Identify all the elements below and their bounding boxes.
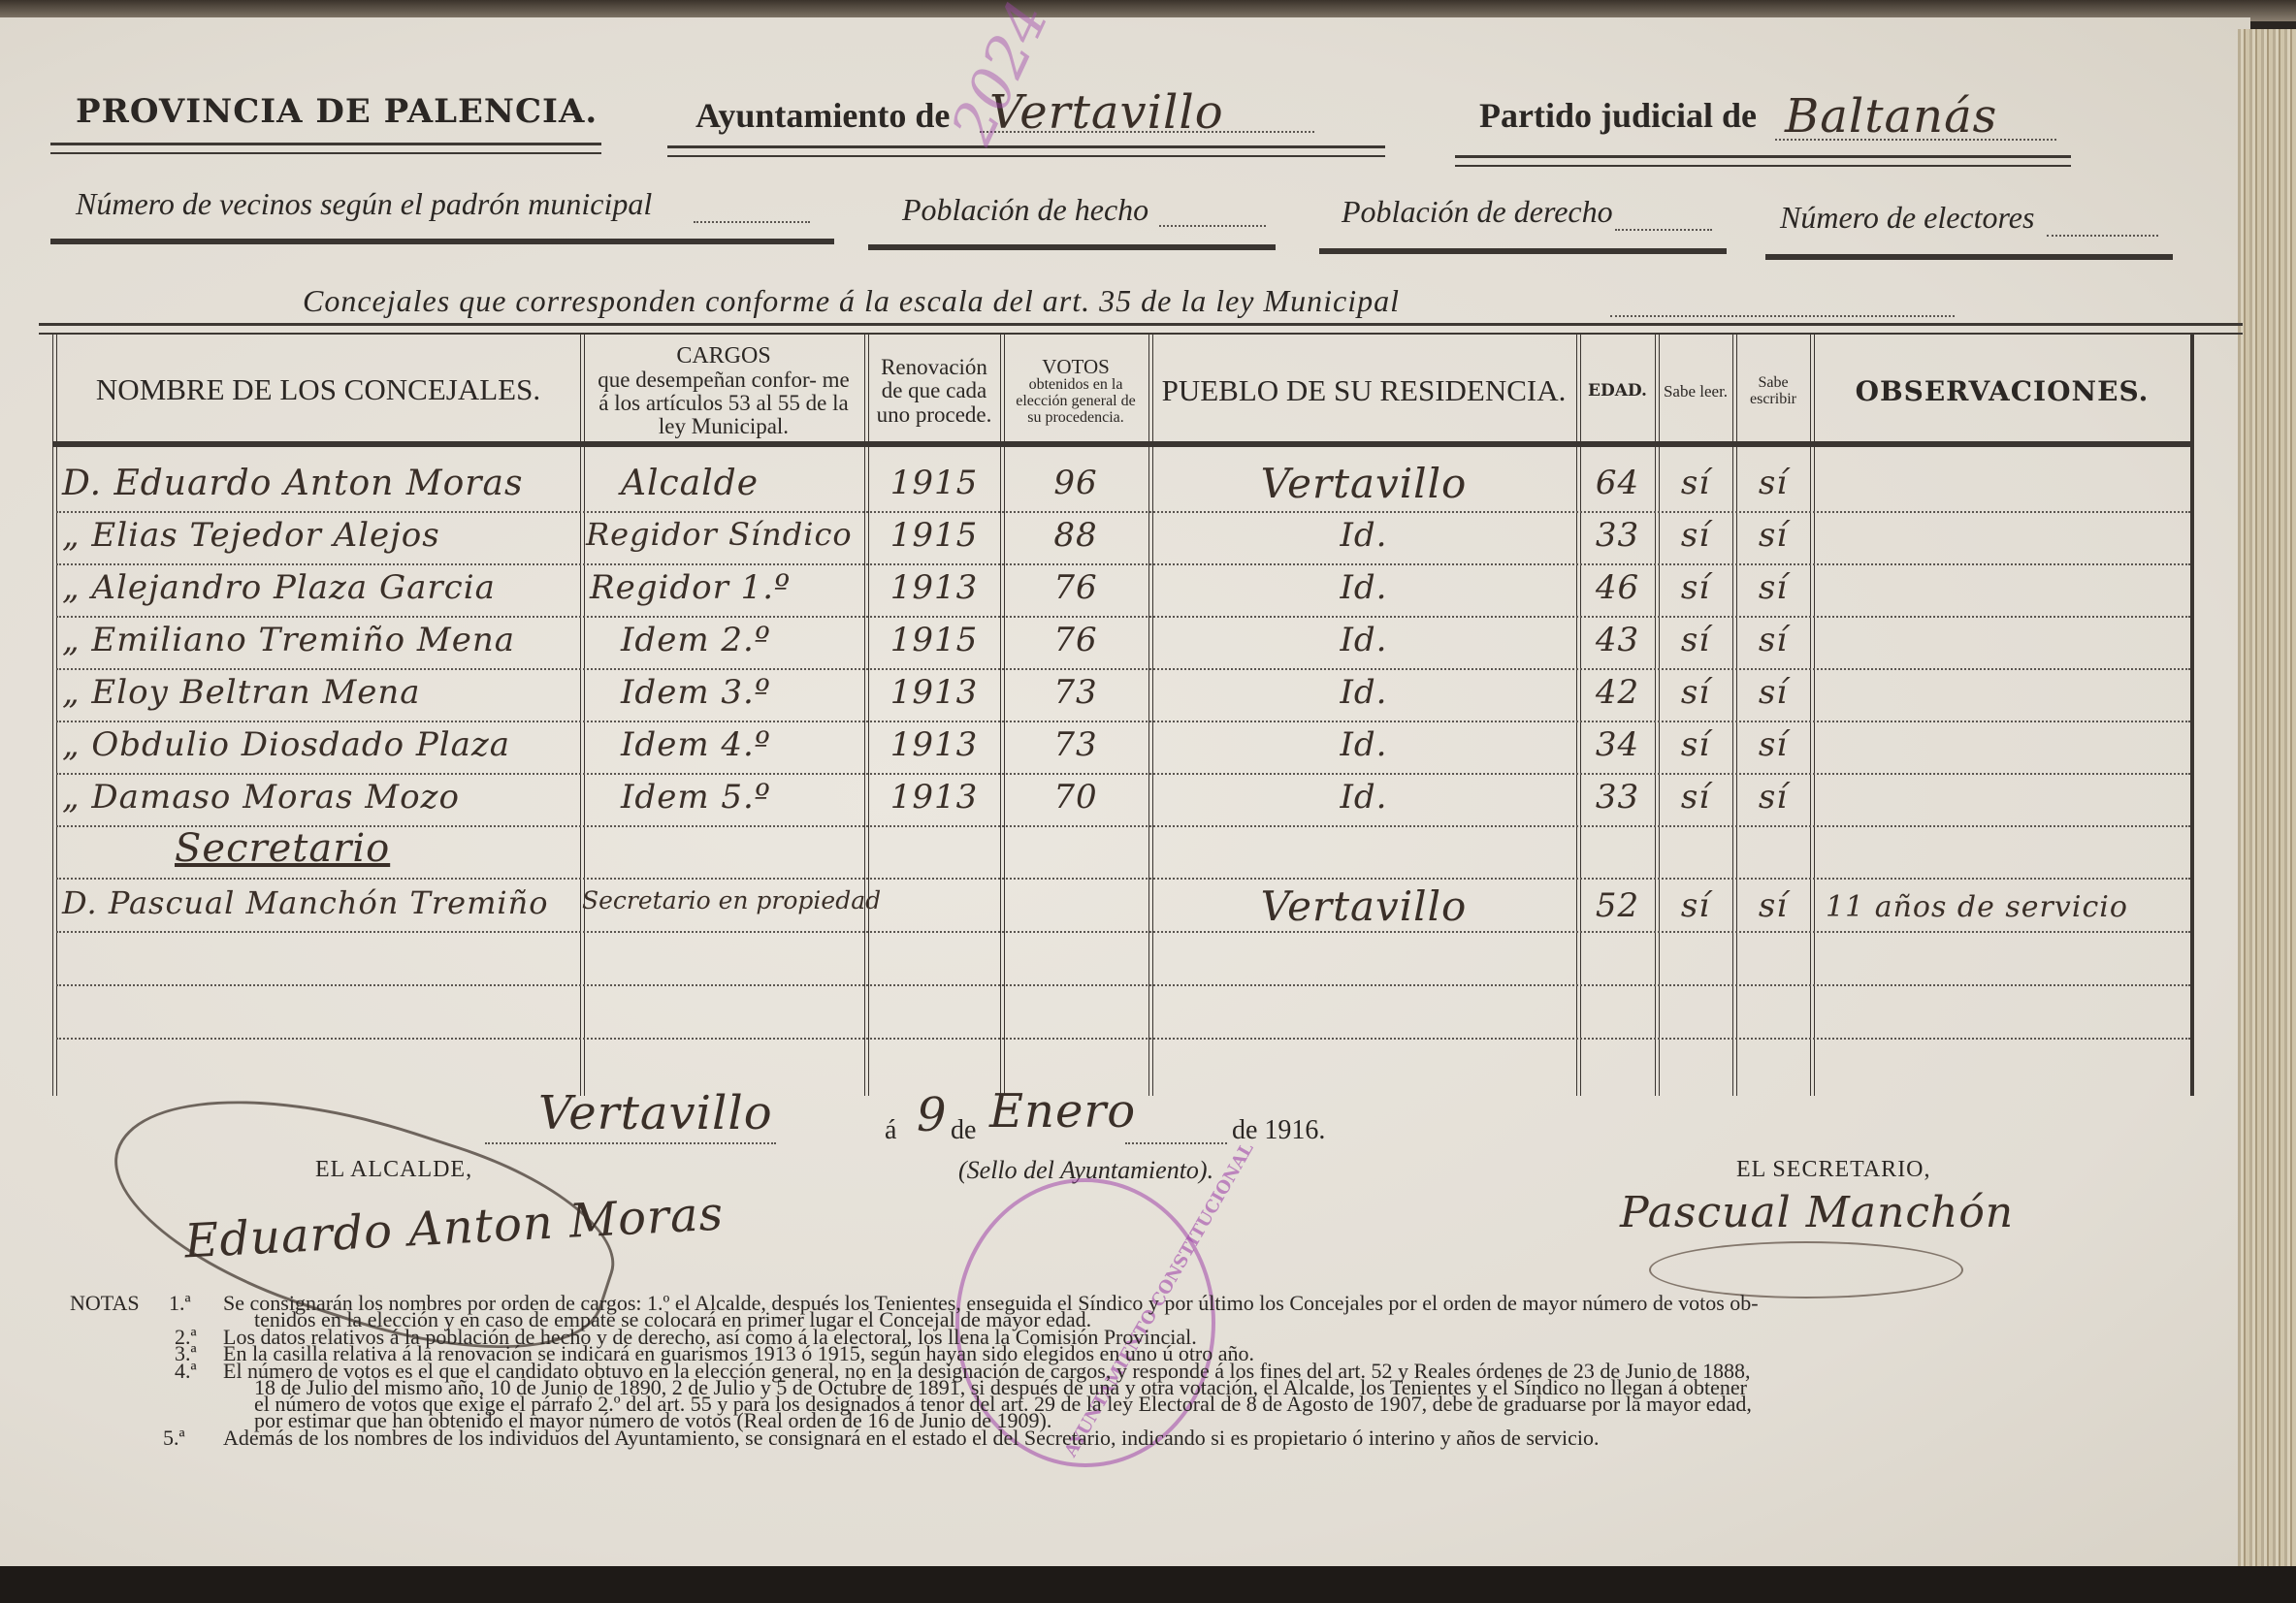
date-de: de [951, 1115, 976, 1146]
row-leer: sí [1659, 778, 1732, 817]
ayuntamiento-rule [667, 145, 1385, 157]
concejales-field-line [1610, 315, 1955, 317]
province-rule [50, 143, 601, 154]
row-renovacion: 1913 [868, 778, 1000, 817]
row-edad: 34 [1580, 725, 1655, 764]
row-nombre: „ Eloy Beltran Mena [62, 673, 421, 712]
vecinos-label: Número de vecinos según el padrón munici… [76, 186, 652, 222]
row-nombre: „ Emiliano Tremiño Mena [62, 621, 515, 659]
secretario-signature: Pascual Manchón [1620, 1188, 2014, 1237]
partido-rule [1455, 155, 2071, 167]
row-nombre: „ Damaso Moras Mozo [62, 778, 460, 817]
row-escribir: sí [1736, 464, 1810, 502]
date-place: Vertavillo [538, 1086, 773, 1140]
row-nombre: „ Elias Tejedor Alejos [62, 516, 440, 555]
row-pueblo: Id. [1152, 778, 1575, 817]
secretario-label: EL SECRETARIO, [1736, 1157, 1931, 1183]
row-nombre: D. Pascual Manchón Tremiño [62, 884, 549, 921]
row-renovacion: 1913 [868, 725, 1000, 764]
province-title: PROVINCIA DE PALENCIA. [76, 92, 598, 131]
col-header-votos-sub: obtenidos en la elección general de su p… [1008, 377, 1144, 426]
background-bottom [0, 1566, 2296, 1603]
row-cargo: Idem 3.º [621, 673, 771, 712]
row-leer: sí [1659, 568, 1732, 607]
col-header-votos: VOTOS obtenidos en la elección general d… [1004, 341, 1148, 441]
row-edad: 64 [1580, 464, 1655, 502]
row-rule [56, 563, 2190, 565]
col-header-renovacion: Renovación de que cada uno procede. [868, 341, 1000, 441]
col-header-escribir: Sabe escribir [1736, 341, 1810, 441]
row-cargo: Idem 2.º [621, 621, 771, 659]
row-escribir: sí [1736, 673, 1810, 712]
row-cargo: Secretario en propiedad [582, 886, 881, 914]
row-escribir: sí [1736, 886, 1810, 925]
row-votos: 96 [1004, 464, 1148, 502]
row-nombre: „ Obdulio Diosdado Plaza [62, 725, 510, 764]
table-right-border [2190, 335, 2194, 1096]
partido-value: Baltanás [1785, 89, 1997, 144]
date-day: 9 [917, 1088, 948, 1142]
col-divider-3 [1000, 335, 1005, 1096]
col-header-pueblo: PUEBLO DE SU RESIDENCIA. [1152, 341, 1575, 441]
partido-label: Partido judicial de [1479, 95, 1757, 136]
poblacion-derecho-field-line [1615, 229, 1712, 231]
col-header-votos-title: VOTOS [1042, 356, 1110, 377]
row-rule [56, 878, 2190, 880]
note-5-num: 5.ª [163, 1426, 185, 1451]
date-a: á [885, 1115, 896, 1146]
row-renovacion: 1913 [868, 568, 1000, 607]
vecinos-field-line [694, 221, 810, 223]
col-header-cargos-sub: que desempeñan confor- me á los artículo… [593, 369, 855, 438]
row-obs: 11 años de servicio [1826, 890, 2128, 924]
note-4-num: 4.ª [175, 1359, 197, 1384]
row-pueblo: Vertavillo [1152, 882, 1575, 930]
col-header-nombre: NOMBRE DE LOS CONCEJALES. [56, 339, 580, 441]
row-leer: sí [1659, 886, 1732, 925]
row-rule [56, 931, 2190, 933]
row-edad: 43 [1580, 621, 1655, 659]
row-escribir: sí [1736, 568, 1810, 607]
notes-label: NOTAS [70, 1291, 140, 1316]
row-leer: sí [1659, 673, 1732, 712]
row-rule [56, 721, 2190, 722]
poblacion-derecho-rule [1319, 248, 1727, 254]
row-leer: sí [1659, 621, 1732, 659]
poblacion-hecho-label: Población de hecho [902, 192, 1148, 228]
row-rule [56, 616, 2190, 618]
electores-field-line [2047, 235, 2158, 237]
date-month: Enero [989, 1084, 1136, 1138]
col-header-edad: EDAD. [1580, 341, 1655, 441]
row-leer: sí [1659, 725, 1732, 764]
note-1-num: 1.ª [169, 1291, 191, 1316]
date-year: de 1916. [1232, 1115, 1325, 1146]
row-cargo: Regidor Síndico [586, 516, 853, 553]
col-divider-5 [1576, 335, 1581, 1096]
row-rule [56, 1038, 2190, 1040]
row-cargo: Idem 5.º [621, 778, 771, 817]
col-divider-7 [1732, 335, 1737, 1096]
row-cargo: Idem 4.º [621, 725, 771, 764]
poblacion-hecho-field-line [1159, 225, 1266, 227]
row-edad: 52 [1580, 886, 1655, 925]
col-divider-8 [1810, 335, 1815, 1096]
row-pueblo: Id. [1152, 568, 1575, 607]
col-divider-2 [864, 335, 869, 1096]
row-cargo: Regidor 1.º [590, 568, 791, 607]
row-votos: 70 [1004, 778, 1148, 817]
poblacion-derecho-label: Población de derecho [1342, 194, 1613, 230]
col-header-cargos-title: CARGOS [676, 344, 770, 369]
row-nombre: „ Alejandro Plaza Garcia [62, 568, 496, 607]
col-header-leer: Sabe leer. [1659, 341, 1732, 441]
row-votos: 76 [1004, 568, 1148, 607]
row-pueblo: Id. [1152, 621, 1575, 659]
row-escribir: sí [1736, 621, 1810, 659]
row-edad: 46 [1580, 568, 1655, 607]
row-rule [56, 511, 2190, 513]
table-left-border [52, 335, 57, 1096]
row-leer: sí [1659, 516, 1732, 555]
row-escribir: sí [1736, 778, 1810, 817]
row-edad: 42 [1580, 673, 1655, 712]
col-divider-4 [1148, 335, 1153, 1096]
row-section-secretario: Secretario [175, 826, 390, 871]
row-renovacion: 1913 [868, 673, 1000, 712]
row-pueblo: Id. [1152, 725, 1575, 764]
row-rule [56, 773, 2190, 775]
row-leer: sí [1659, 464, 1732, 502]
table-header-rule [53, 441, 2192, 447]
electores-rule [1765, 254, 2173, 260]
row-rule [56, 984, 2190, 986]
date-month-line [1125, 1142, 1227, 1144]
row-nombre: D. Eduardo Anton Moras [62, 464, 523, 503]
row-rule [56, 668, 2190, 670]
row-pueblo: Id. [1152, 516, 1575, 555]
row-renovacion: 1915 [868, 464, 1000, 502]
ayuntamiento-label: Ayuntamiento de [695, 95, 950, 136]
row-votos: 73 [1004, 673, 1148, 712]
col-header-cargos: CARGOS que desempeñan confor- me á los a… [584, 341, 863, 441]
row-edad: 33 [1580, 778, 1655, 817]
date-place-line [485, 1142, 776, 1144]
col-divider-1 [580, 335, 585, 1096]
row-votos: 76 [1004, 621, 1148, 659]
row-escribir: sí [1736, 725, 1810, 764]
row-pueblo: Vertavillo [1152, 460, 1575, 507]
table-top-rule [39, 323, 2243, 335]
row-escribir: sí [1736, 516, 1810, 555]
note-5-line-1: Además de los nombres de los individuos … [223, 1426, 1599, 1451]
electores-label: Número de electores [1780, 200, 2034, 236]
col-header-observaciones: OBSERVACIONES. [1814, 341, 2190, 441]
vecinos-rule [50, 239, 834, 244]
row-cargo: Alcalde [621, 464, 759, 503]
row-renovacion: 1915 [868, 621, 1000, 659]
col-divider-6 [1655, 335, 1660, 1096]
row-edad: 33 [1580, 516, 1655, 555]
row-votos: 73 [1004, 725, 1148, 764]
poblacion-hecho-rule [868, 244, 1276, 250]
row-pueblo: Id. [1152, 673, 1575, 712]
book-page-edges [2238, 29, 2296, 1571]
row-renovacion: 1915 [868, 516, 1000, 555]
row-votos: 88 [1004, 516, 1148, 555]
concejales-scale-line: Concejales que corresponden conforme á l… [303, 283, 1400, 319]
